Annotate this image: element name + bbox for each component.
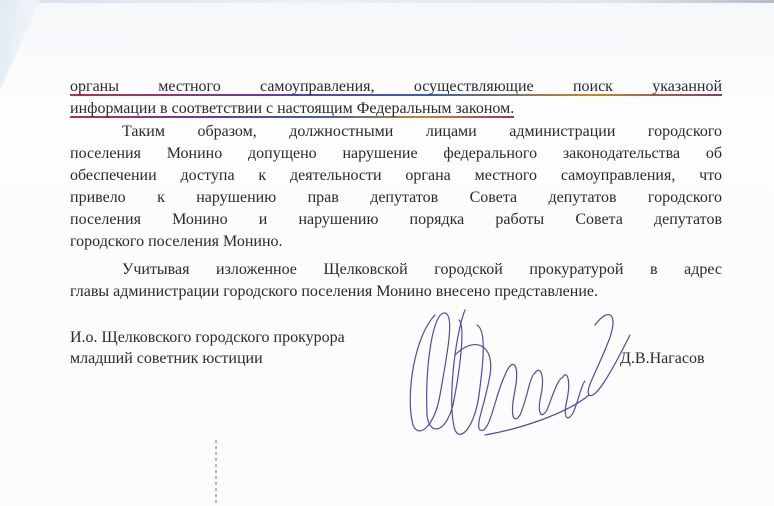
page-crease-mark [215, 440, 217, 506]
conclusion-line-5: поселения Монино и нарушению порядка раб… [70, 209, 722, 231]
conclusion-line-2: поселения Монино допущено нарушение феде… [70, 143, 722, 165]
conclusion-line-3: обеспечении доступа к деятельности орган… [70, 165, 722, 187]
conclusion-line-6: городского поселения Монино. [70, 231, 722, 253]
page-top-edge [0, 0, 774, 3]
underlined-text: информации в соответствии с настоящим Фе… [70, 100, 514, 120]
continuation-line-1: органы местного самоуправления, осуществ… [70, 76, 722, 98]
paragraph-text: поселения Монино допущено нарушение феде… [70, 145, 722, 162]
paragraph-text: Таким образом, должностными лицами админ… [122, 123, 722, 140]
underlined-text: органы местного самоуправления, осуществ… [70, 78, 722, 98]
paragraph-text: привело к нарушению прав депутатов Совет… [70, 189, 722, 206]
continuation-line-2: информации в соответствии с настоящим Фе… [70, 98, 722, 120]
paragraph-text: городского поселения Монино. [70, 233, 283, 250]
conclusion-line-4: привело к нарушению прав депутатов Совет… [70, 187, 722, 209]
scanned-document-page: органы местного самоуправления, осуществ… [0, 0, 774, 506]
conclusion-line-1: Таким образом, должностными лицами админ… [70, 121, 722, 143]
paragraph-text: Учитывая изложенное Щелковской городской… [122, 261, 722, 278]
signer-title-line-2: младший советник юстиции [70, 349, 263, 369]
paragraph-text: обеспечении доступа к деятельности орган… [70, 167, 722, 184]
action-line-1: Учитывая изложенное Щелковской городской… [70, 259, 722, 281]
handwritten-signature-icon [395, 295, 635, 445]
paragraph-text: поселения Монино и нарушению порядка раб… [70, 211, 722, 228]
signer-title-line-1: И.о. Щелковского городского прокурора [70, 328, 345, 348]
page-corner-fold [0, 0, 40, 90]
